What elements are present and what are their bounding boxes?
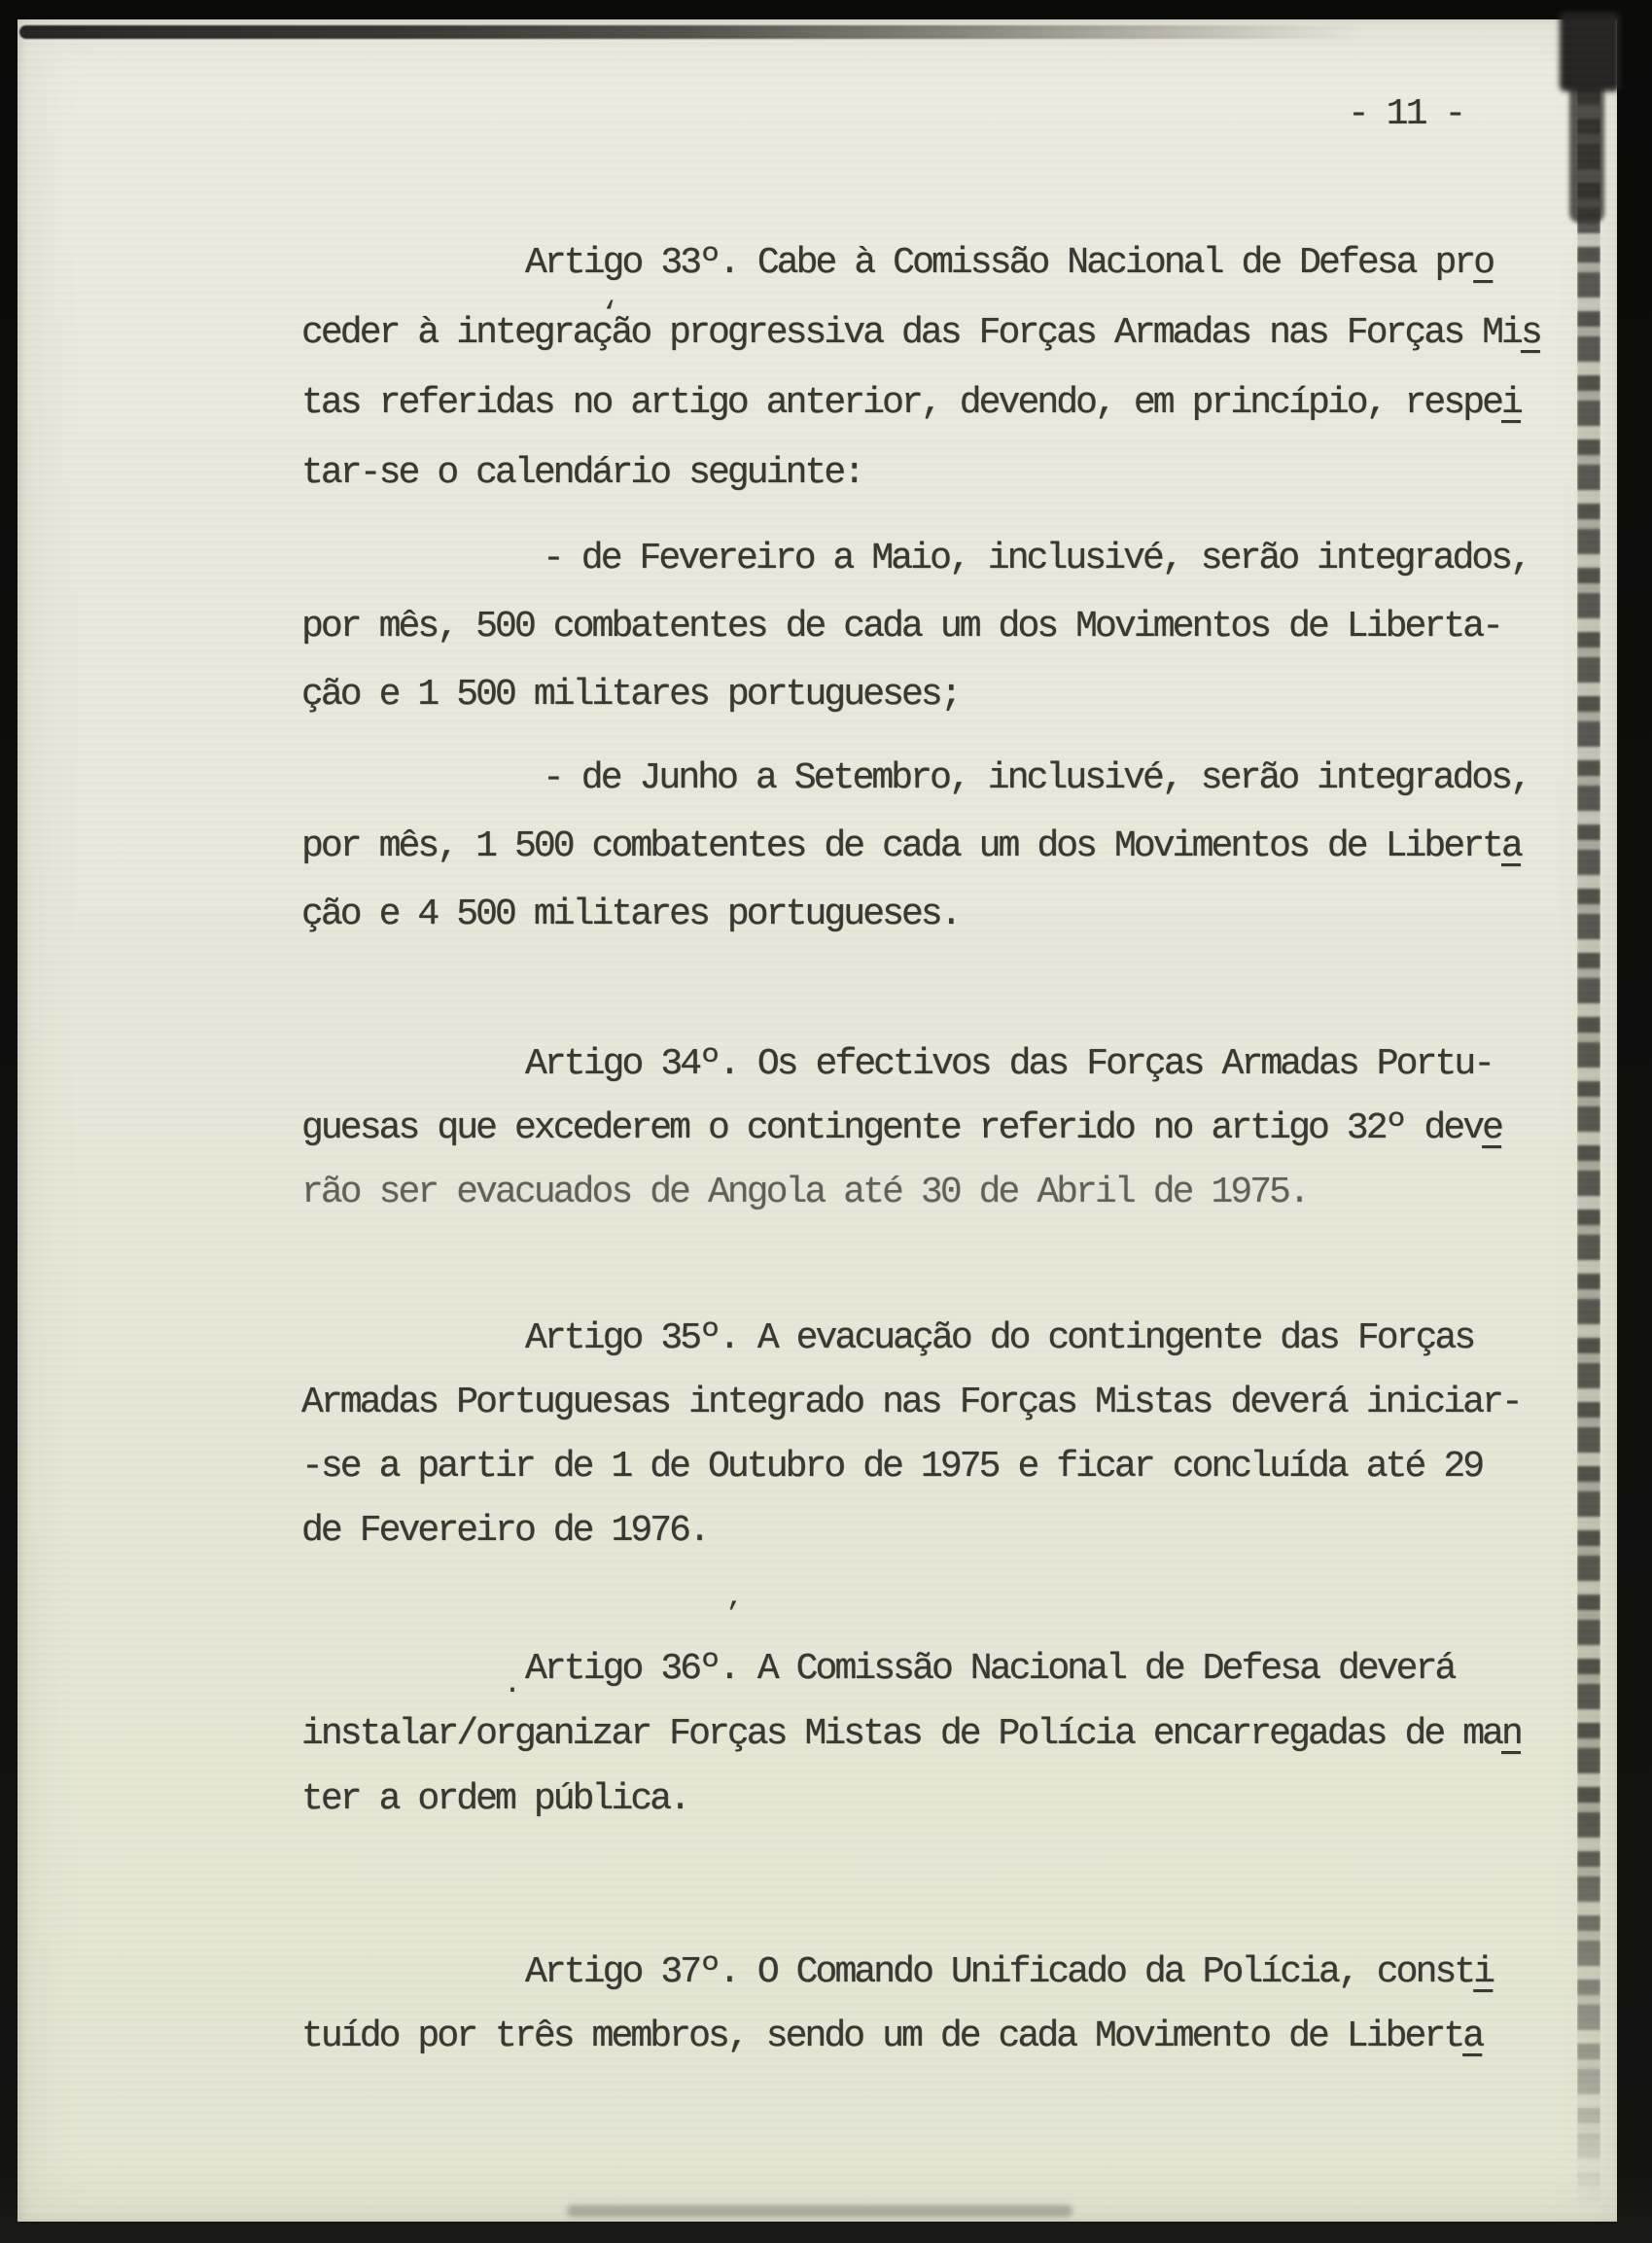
paragraph: - de Junho a Setembro, inclusivé, serão … (301, 756, 1595, 961)
text-line: Artigo 35º. A evacuação do contingente d… (301, 1316, 1595, 1381)
underlined-continuation: a (1501, 825, 1521, 867)
text-line: ção e 4 500 militares portugueses. (301, 893, 1595, 961)
text-line: instalar/organizar Forças Mistas de Polí… (301, 1712, 1595, 1777)
underlined-continuation: n (1501, 1713, 1521, 1755)
text-line: tar-se o calendário seguinte: (301, 451, 1595, 521)
underlined-continuation: e (1482, 1107, 1501, 1149)
paragraph: Artigo 33º. Cabe à Comissão Nacional de … (301, 241, 1595, 521)
text-line: Artigo 36º. A Comissão Nacional de Defes… (301, 1647, 1595, 1712)
text-line: - de Fevereiro a Maio, inclusivé, serão … (301, 537, 1595, 605)
stray-ink-mark: . (504, 1670, 521, 1700)
text-line: ter a ordem pública. (301, 1777, 1595, 1842)
text-line: guesas que excederem o contingente refer… (301, 1106, 1595, 1171)
text-line: de Fevereiro de 1976. (301, 1509, 1595, 1573)
paragraph: Artigo 34º. Os efectivos das Forças Arma… (301, 1042, 1595, 1235)
text-line: Artigo 34º. Os efectivos das Forças Arma… (301, 1042, 1595, 1106)
stray-ink-mark: ’ (724, 1600, 742, 1630)
paragraph: Artigo 37º. O Comando Unificado da Políc… (301, 1950, 1595, 2079)
scan-background: - 11 - Artigo 33º. Cabe à Comissão Nacio… (0, 0, 1652, 2243)
text-line: por mês, 500 combatentes de cada um dos … (301, 605, 1595, 673)
text-line: por mês, 1 500 combatentes de cada um do… (301, 824, 1595, 893)
text-line: tuído por três membros, sendo um de cada… (301, 2015, 1595, 2079)
text-line: Artigo 37º. O Comando Unificado da Políc… (301, 1950, 1595, 2015)
text-line: rão ser evacuados de Angola até 30 de Ab… (301, 1171, 1595, 1235)
underlined-continuation: i (1501, 382, 1521, 424)
underlined-continuation: o (1473, 242, 1493, 284)
text-line: Armadas Portuguesas integrado nas Forças… (301, 1381, 1595, 1445)
text-line: - de Junho a Setembro, inclusivé, serão … (301, 756, 1595, 824)
paragraph: Artigo 35º. A evacuação do contingente d… (301, 1316, 1595, 1573)
text-line: ceder à integração progressiva das Força… (301, 311, 1595, 381)
text-line: ção e 1 500 militares portugueses; (301, 673, 1595, 741)
text-line: Artigo 33º. Cabe à Comissão Nacional de … (301, 241, 1595, 311)
text-line: -se a partir de 1 de Outubro de 1975 e f… (301, 1445, 1595, 1509)
paragraph: Artigo 36º. A Comissão Nacional de Defes… (301, 1647, 1595, 1842)
underlined-continuation: s (1521, 312, 1540, 354)
text-line: tas referidas no artigo anterior, devend… (301, 381, 1595, 451)
underlined-continuation: i (1473, 1951, 1493, 1993)
stray-ink-mark: ‘ (601, 299, 618, 329)
paragraph: - de Fevereiro a Maio, inclusivé, serão … (301, 537, 1595, 741)
document-body: Artigo 33º. Cabe à Comissão Nacional de … (301, 19, 1595, 2222)
underlined-continuation: a (1462, 2015, 1482, 2057)
document-page: - 11 - Artigo 33º. Cabe à Comissão Nacio… (18, 19, 1617, 2222)
